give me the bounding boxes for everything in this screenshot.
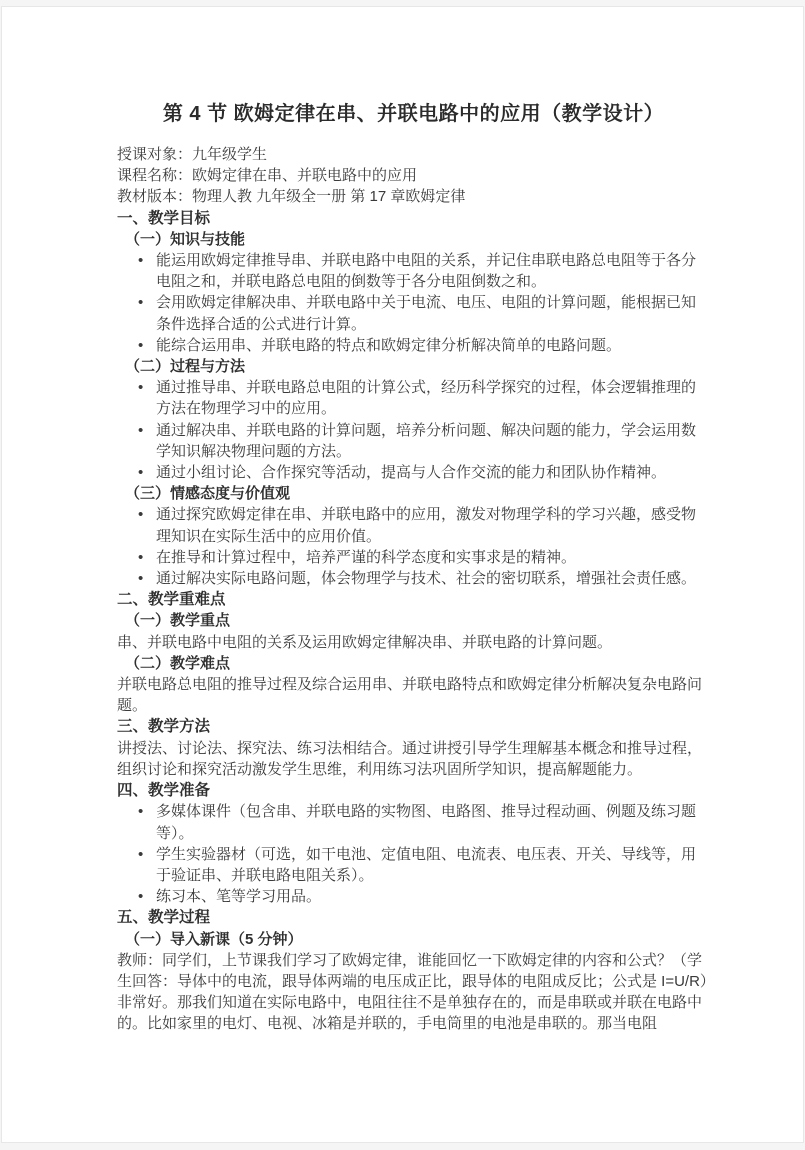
subheading-teaching-key-point: （一）教学重点: [117, 610, 710, 631]
document-page: 第 4 节 欧姆定律在串、并联电路中的应用（教学设计） 授课对象：九年级学生 课…: [1, 6, 804, 1143]
paragraph-difficult-point: 并联电路总电阻的推导过程及综合运用串、并联电路特点和欧姆定律分析解决复杂电路问题…: [117, 674, 710, 716]
bullet-item: 练习本、笔等学习用品。: [156, 886, 710, 907]
bullet-item: 会用欧姆定律解决串、并联电路中关于电流、电压、电阻的计算问题，能根据已知条件选择…: [156, 292, 710, 334]
bullet-item: 通过解决串、并联电路的计算问题，培养分析问题、解决问题的能力，学会运用数学知识解…: [156, 420, 710, 462]
heading-key-difficult-points: 二、教学重难点: [117, 589, 710, 610]
heading-teaching-preparation: 四、教学准备: [117, 780, 710, 801]
bullet-item: 在推导和计算过程中，培养严谨的科学态度和实事求是的精神。: [156, 547, 710, 568]
subheading-knowledge-and-skills: （一）知识与技能: [117, 229, 710, 250]
subheading-emotion-attitude-values: （三）情感态度与价值观: [117, 483, 710, 504]
meta-line-textbook-edition: 教材版本：物理人教 九年级全一册 第 17 章欧姆定律: [117, 186, 710, 207]
bullet-item: 通过小组讨论、合作探究等活动，提高与人合作交流的能力和团队协作精神。: [156, 462, 710, 483]
bullet-item: 能运用欧姆定律推导串、并联电路中电阻的关系，并记住串联电路总电阻等于各分电阻之和…: [156, 250, 710, 292]
paragraph-key-point: 串、并联电路中电阻的关系及运用欧姆定律解决串、并联电路的计算问题。: [117, 632, 710, 653]
bullet-item: 通过探究欧姆定律在串、并联电路中的应用，激发对物理学科的学习兴趣，感受物理知识在…: [156, 504, 710, 546]
bullet-item: 多媒体课件（包含串、并联电路的实物图、电路图、推导过程动画、例题及练习题等）。: [156, 801, 710, 843]
emotion-values-bullet-list: 通过探究欧姆定律在串、并联电路中的应用，激发对物理学科的学习兴趣，感受物理知识在…: [117, 504, 710, 589]
paragraph-teaching-method: 讲授法、讨论法、探究法、练习法相结合。通过讲授引导学生理解基本概念和推导过程，组…: [117, 738, 710, 780]
meta-line-course-name: 课程名称：欧姆定律在串、并联电路中的应用: [117, 165, 710, 186]
doc-title: 第 4 节 欧姆定律在串、并联电路中的应用（教学设计）: [117, 99, 710, 129]
heading-teaching-method: 三、教学方法: [117, 716, 710, 737]
bullet-item: 通过解决实际电路问题，体会物理学与技术、社会的密切联系，增强社会责任感。: [156, 568, 710, 589]
bullet-item: 通过推导串、并联电路总电阻的计算公式，经历科学探究的过程，体会逻辑推理的方法在物…: [156, 377, 710, 419]
heading-teaching-objectives: 一、教学目标: [117, 208, 710, 229]
meta-line-audience: 授课对象：九年级学生: [117, 144, 710, 165]
document-viewer-background: 第 4 节 欧姆定律在串、并联电路中的应用（教学设计） 授课对象：九年级学生 课…: [0, 0, 805, 1150]
paragraph-lead-in-dialogue: 教师：同学们，上节课我们学习了欧姆定律，谁能回忆一下欧姆定律的内容和公式？（学生…: [117, 950, 710, 1035]
subheading-lead-in-new-lesson: （一）导入新课（5 分钟）: [117, 929, 710, 950]
process-method-bullet-list: 通过推导串、并联电路总电阻的计算公式，经历科学探究的过程，体会逻辑推理的方法在物…: [117, 377, 710, 483]
subheading-process-and-method: （二）过程与方法: [117, 356, 710, 377]
knowledge-skills-bullet-list: 能运用欧姆定律推导串、并联电路中电阻的关系，并记住串联电路总电阻等于各分电阻之和…: [117, 250, 710, 356]
heading-teaching-process: 五、教学过程: [117, 907, 710, 928]
subheading-teaching-difficult-point: （二）教学难点: [117, 653, 710, 674]
bullet-item: 能综合运用串、并联电路的特点和欧姆定律分析解决简单的电路问题。: [156, 335, 710, 356]
preparation-bullet-list: 多媒体课件（包含串、并联电路的实物图、电路图、推导过程动画、例题及练习题等）。 …: [117, 801, 710, 907]
bullet-item: 学生实验器材（可选，如干电池、定值电阻、电流表、电压表、开关、导线等，用于验证串…: [156, 844, 710, 886]
